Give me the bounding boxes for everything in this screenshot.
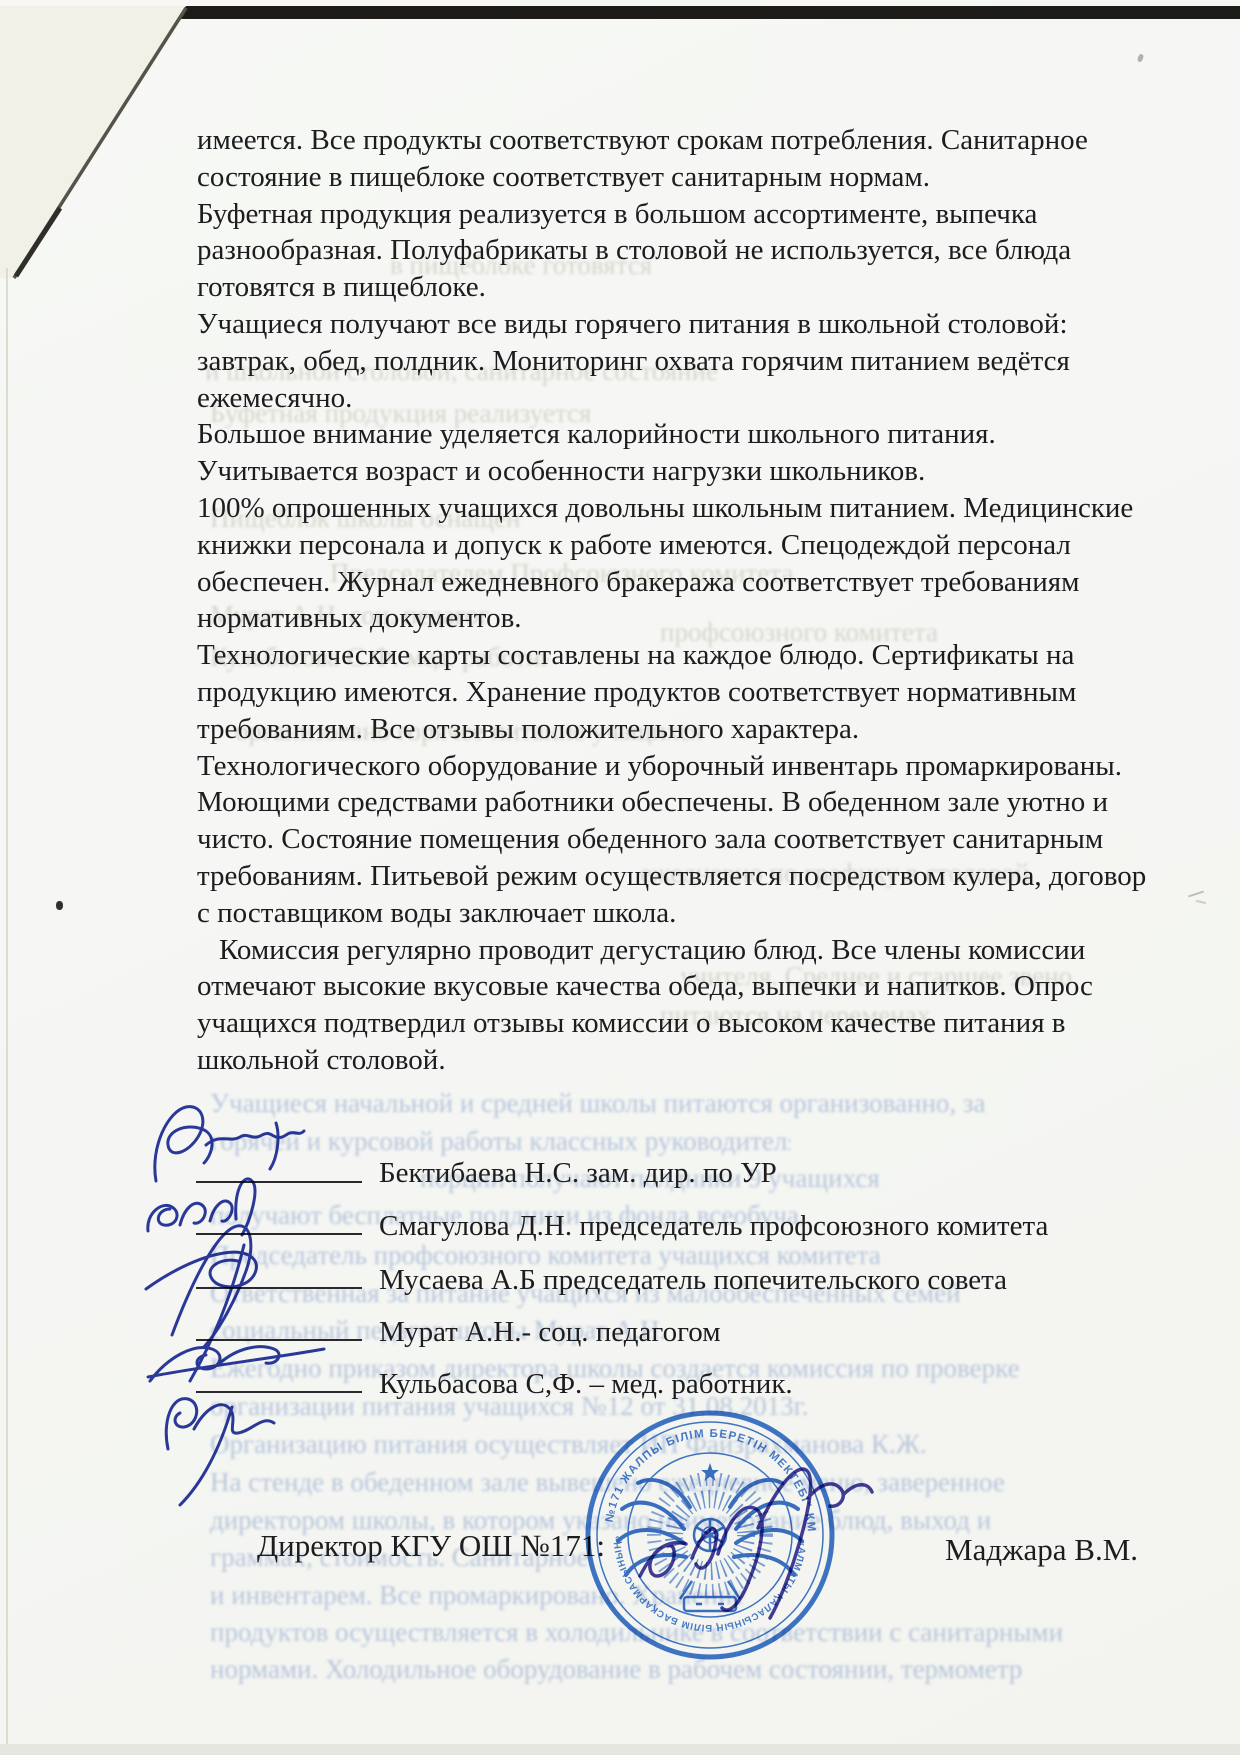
- signature-scribble: [155, 1107, 304, 1181]
- signature-scribble: [166, 1399, 274, 1505]
- signatory-name: Смагулова Д.Н. председатель профсоюзного…: [379, 1210, 1048, 1243]
- report-line: школьной столовой.: [197, 1042, 1187, 1079]
- report-line: разнообразная. Полуфабрикаты в столовой …: [197, 232, 1187, 269]
- report-line: требованиям. Все отзывы положительного х…: [197, 711, 1187, 748]
- signatory-name: Мусаева А.Б председатель попечительского…: [379, 1264, 1007, 1297]
- scanned-document-page: в пищеблоке готовятсяи школьной столовой…: [0, 0, 1240, 1755]
- report-line: состояние в пищеблоке соответствует сани…: [197, 159, 1187, 196]
- report-line: нормативных документов.: [197, 600, 1187, 637]
- report-line: Учащиеся получают все виды горячего пита…: [197, 306, 1187, 343]
- report-line: продукцию имеются. Хранение продуктов со…: [197, 674, 1187, 711]
- signature-scribble: [640, 1469, 872, 1618]
- director-label: Директор КГУ ОШ №171:: [257, 1528, 605, 1564]
- report-line: требованиям. Питьевой режим осуществляет…: [197, 858, 1187, 895]
- report-line: обеспечен. Журнал ежедневного бракеража …: [197, 564, 1187, 601]
- signature-scribble: [148, 1347, 324, 1381]
- report-line: ежемесячно.: [197, 380, 1187, 417]
- director-name: Маджара В.М.: [945, 1532, 1138, 1568]
- report-line: Комиссия регулярно проводит дегустацию б…: [197, 932, 1187, 969]
- report-line: имеется. Все продукты соответствуют срок…: [197, 122, 1187, 159]
- report-line: с поставщиком воды заключает школа.: [197, 895, 1187, 932]
- report-line: Большое внимание уделяется калорийности …: [197, 416, 1187, 453]
- report-line: завтрак, обед, полдник. Мониторинг охват…: [197, 343, 1187, 380]
- report-line: готовятся в пищеблоке.: [197, 269, 1187, 306]
- director-signature-ink: [600, 1408, 900, 1638]
- report-line: книжки персонала и допуск к работе имеют…: [197, 527, 1187, 564]
- report-line: чисто. Состояние помещения обеденного за…: [197, 821, 1187, 858]
- report-line: учащихся подтвердил отзывы комиссии о вы…: [197, 1005, 1187, 1042]
- report-line: 100% опрошенных учащихся довольны школьн…: [197, 490, 1187, 527]
- report-line: Учитывается возраст и особенности нагруз…: [197, 453, 1187, 490]
- handwritten-signatures-ink: [128, 1085, 468, 1525]
- report-line: отмечают высокие вкусовые качества обеда…: [197, 968, 1187, 1005]
- report-line: Моющими средствами работники обеспечены.…: [197, 784, 1187, 821]
- report-line: Технологические карты составлены на кажд…: [197, 637, 1187, 674]
- report-line: Буфетная продукция реализуется в большом…: [197, 196, 1187, 233]
- ink-speck: [56, 901, 63, 910]
- report-line: Технологического оборудование и уборочны…: [197, 748, 1187, 785]
- report-body: имеется. Все продукты соответствуют срок…: [197, 122, 1187, 1079]
